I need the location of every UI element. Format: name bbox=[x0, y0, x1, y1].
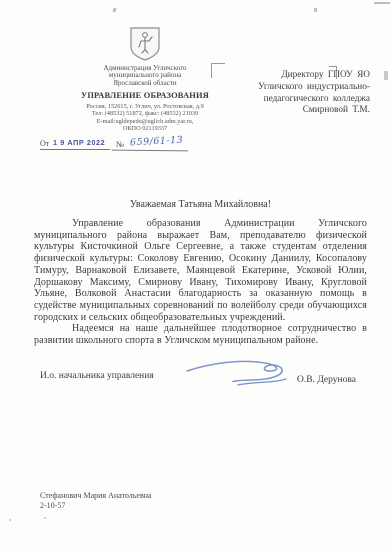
scan-speck bbox=[384, 71, 388, 80]
scanned-letter-page: Администрация Угличского муниципального … bbox=[0, 0, 390, 552]
underline-rule bbox=[40, 149, 110, 150]
uglich-coat-of-arms-icon bbox=[128, 26, 162, 62]
from-label: От bbox=[40, 139, 49, 148]
recipient-line: педагогического колледжа bbox=[230, 94, 370, 106]
body-paragraph: Управление образования Администрации Угл… bbox=[34, 218, 367, 323]
org-name-line: Ярославской области bbox=[40, 80, 250, 87]
reference-line: От 1 9 АПР 2022 № 659/61-13 bbox=[40, 136, 220, 154]
phone-fax-line: Тел: (48532) 51872, факс: (48532) 21039 bbox=[40, 110, 250, 117]
recipient-line: Угличского индустриально- bbox=[230, 82, 370, 94]
body-paragraph: Надеемся на наше дальнейшее плодотворное… bbox=[34, 323, 367, 346]
date-stamp: 1 9 АПР 2022 bbox=[53, 138, 105, 147]
scan-speck bbox=[374, 2, 390, 4]
scan-speck bbox=[314, 8, 317, 12]
scan-speck bbox=[9, 519, 11, 521]
email-line: E-mail:ugldepedu@uglich.adm.yar.ru, bbox=[40, 118, 250, 125]
executor-name: Стефанович Мария Анатольевна bbox=[40, 491, 152, 501]
recipient-line: Смирновой Т.М. bbox=[230, 105, 370, 117]
underline-rule bbox=[112, 150, 188, 152]
scan-speck bbox=[44, 517, 46, 519]
number-label: № bbox=[116, 139, 124, 149]
corner-crop-mark-icon bbox=[211, 63, 225, 78]
handwritten-outgoing-number: 659/61-13 bbox=[130, 135, 184, 149]
okpo-line: ОКПО 02119337 bbox=[40, 125, 250, 132]
scan-speck bbox=[112, 8, 116, 13]
salutation: Уважаемая Татьяна Михайловна! bbox=[34, 199, 367, 210]
letterhead: Администрация Угличского муниципального … bbox=[40, 26, 250, 132]
recipient-block: Директору ГПОУ ЯО Угличского индустриаль… bbox=[230, 70, 370, 117]
handwritten-signature-icon bbox=[183, 350, 303, 390]
letterhead-contacts: Россия, 152615, г. Углич, ул. Ростовская… bbox=[40, 103, 250, 132]
recipient-line: Директору ГПОУ ЯО bbox=[230, 70, 370, 82]
letter-body: Управление образования Администрации Угл… bbox=[34, 218, 367, 347]
executor-phone: 2-10-57 bbox=[40, 501, 152, 511]
department-title: УПРАВЛЕНИЕ ОБРАЗОВАНИЯ bbox=[40, 91, 250, 100]
signer-name: О.В. Дерунова bbox=[297, 375, 356, 385]
address-line: Россия, 152615, г. Углич, ул. Ростовская… bbox=[40, 103, 250, 110]
signer-position: И.о. начальника управления bbox=[40, 371, 154, 381]
executor-footer: Стефанович Мария Анатольевна 2-10-57 bbox=[40, 491, 152, 511]
